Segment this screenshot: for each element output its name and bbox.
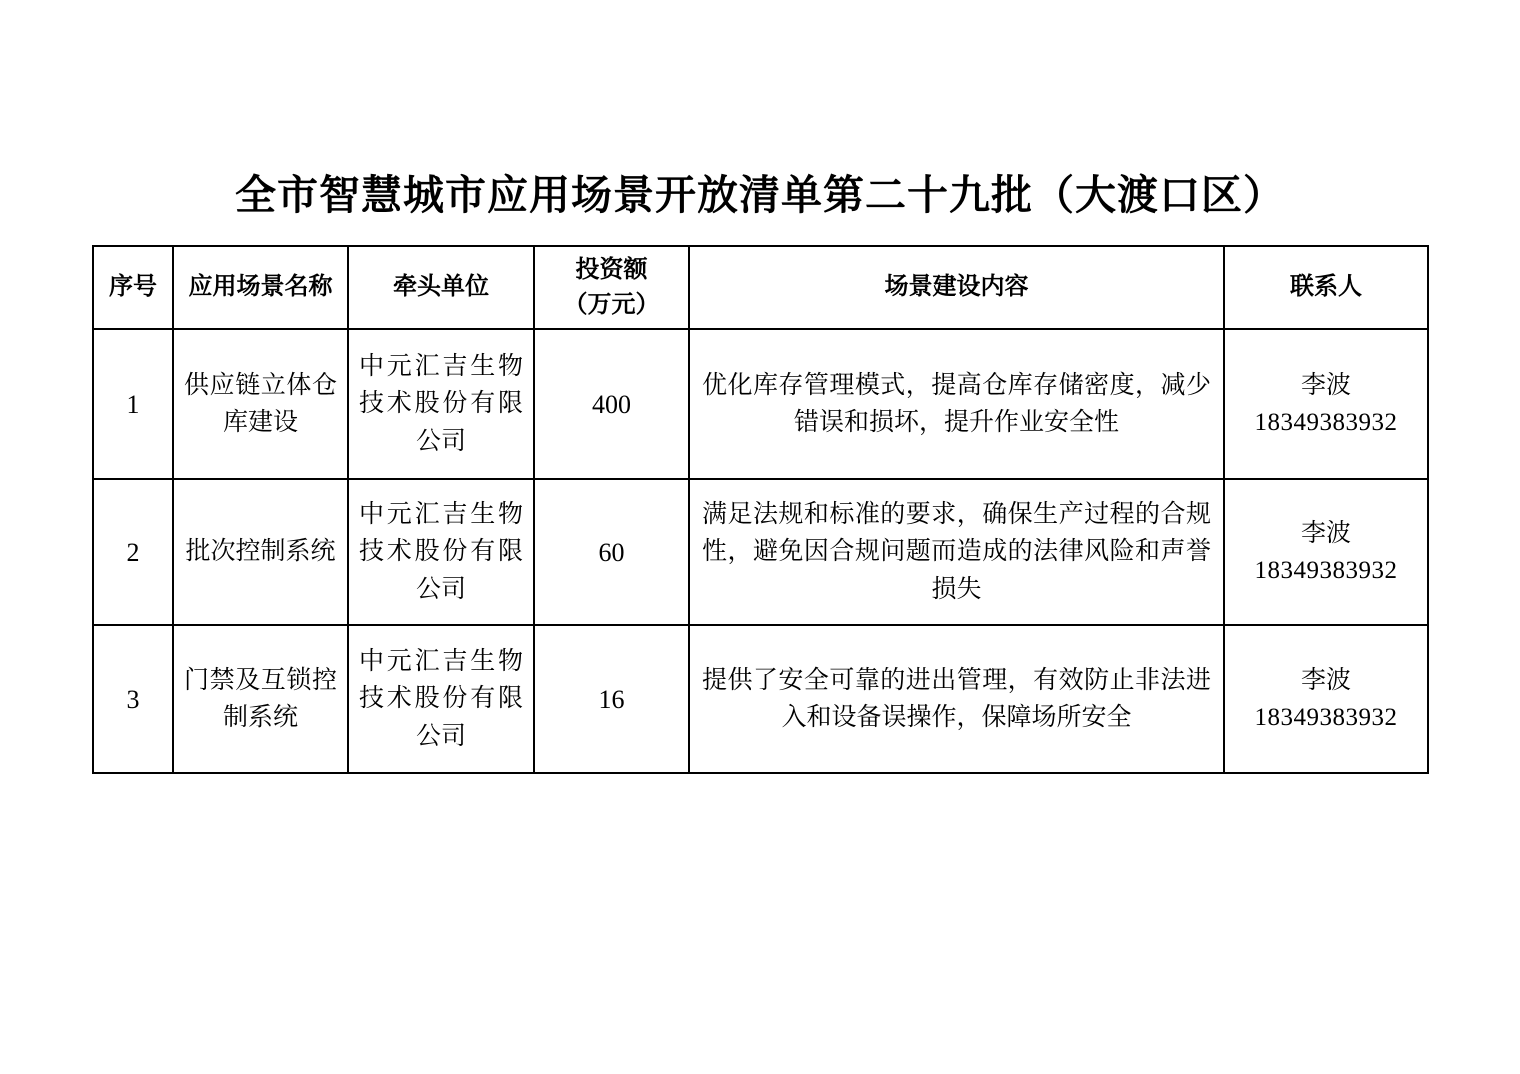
page-title: 全市智慧城市应用场景开放清单第二十九批（大渡口区） xyxy=(0,162,1520,221)
contact-name: 李波 xyxy=(1235,367,1417,405)
contact-name: 李波 xyxy=(1235,662,1417,700)
contact-name: 李波 xyxy=(1235,515,1417,553)
cell-name: 门禁及互锁控制系统 xyxy=(173,625,348,773)
document-page: 全市智慧城市应用场景开放清单第二十九批（大渡口区） 序号 应用场景名称 牵头单位… xyxy=(0,0,1520,1074)
cell-contact: 李波 18349383932 xyxy=(1224,329,1428,479)
col-header-content: 场景建设内容 xyxy=(689,246,1224,329)
cell-unit: 中元汇吉生物技术股份有限公司 xyxy=(348,329,534,479)
cell-name: 批次控制系统 xyxy=(173,479,348,625)
cell-unit: 中元汇吉生物技术股份有限公司 xyxy=(348,625,534,773)
col-header-contact: 联系人 xyxy=(1224,246,1428,329)
cell-index: 2 xyxy=(93,479,173,625)
table-row: 2 批次控制系统 中元汇吉生物技术股份有限公司 60 满足法规和标准的要求，确保… xyxy=(93,479,1428,625)
cell-content: 满足法规和标准的要求，确保生产过程的合规性，避免因合规问题而造成的法律风险和声誉… xyxy=(689,479,1224,625)
cell-investment: 60 xyxy=(534,479,689,625)
cell-index: 1 xyxy=(93,329,173,479)
contact-phone: 18349383932 xyxy=(1235,552,1417,590)
cell-content: 优化库存管理模式，提高仓库存储密度，减少错误和损坏，提升作业安全性 xyxy=(689,329,1224,479)
contact-phone: 18349383932 xyxy=(1235,404,1417,442)
cell-investment: 16 xyxy=(534,625,689,773)
table-row: 3 门禁及互锁控制系统 中元汇吉生物技术股份有限公司 16 提供了安全可靠的进出… xyxy=(93,625,1428,773)
cell-contact: 李波 18349383932 xyxy=(1224,479,1428,625)
col-header-investment: 投资额 （万元） xyxy=(534,246,689,329)
contact-phone: 18349383932 xyxy=(1235,699,1417,737)
cell-contact: 李波 18349383932 xyxy=(1224,625,1428,773)
cell-unit: 中元汇吉生物技术股份有限公司 xyxy=(348,479,534,625)
table-row: 1 供应链立体仓库建设 中元汇吉生物技术股份有限公司 400 优化库存管理模式，… xyxy=(93,329,1428,479)
col-header-name: 应用场景名称 xyxy=(173,246,348,329)
col-header-index: 序号 xyxy=(93,246,173,329)
scenario-table: 序号 应用场景名称 牵头单位 投资额 （万元） 场景建设内容 联系人 1 供应链… xyxy=(92,245,1429,774)
cell-investment: 400 xyxy=(534,329,689,479)
col-header-unit: 牵头单位 xyxy=(348,246,534,329)
cell-content: 提供了安全可靠的进出管理，有效防止非法进入和设备误操作，保障场所安全 xyxy=(689,625,1224,773)
table-header-row: 序号 应用场景名称 牵头单位 投资额 （万元） 场景建设内容 联系人 xyxy=(93,246,1428,329)
cell-index: 3 xyxy=(93,625,173,773)
cell-name: 供应链立体仓库建设 xyxy=(173,329,348,479)
